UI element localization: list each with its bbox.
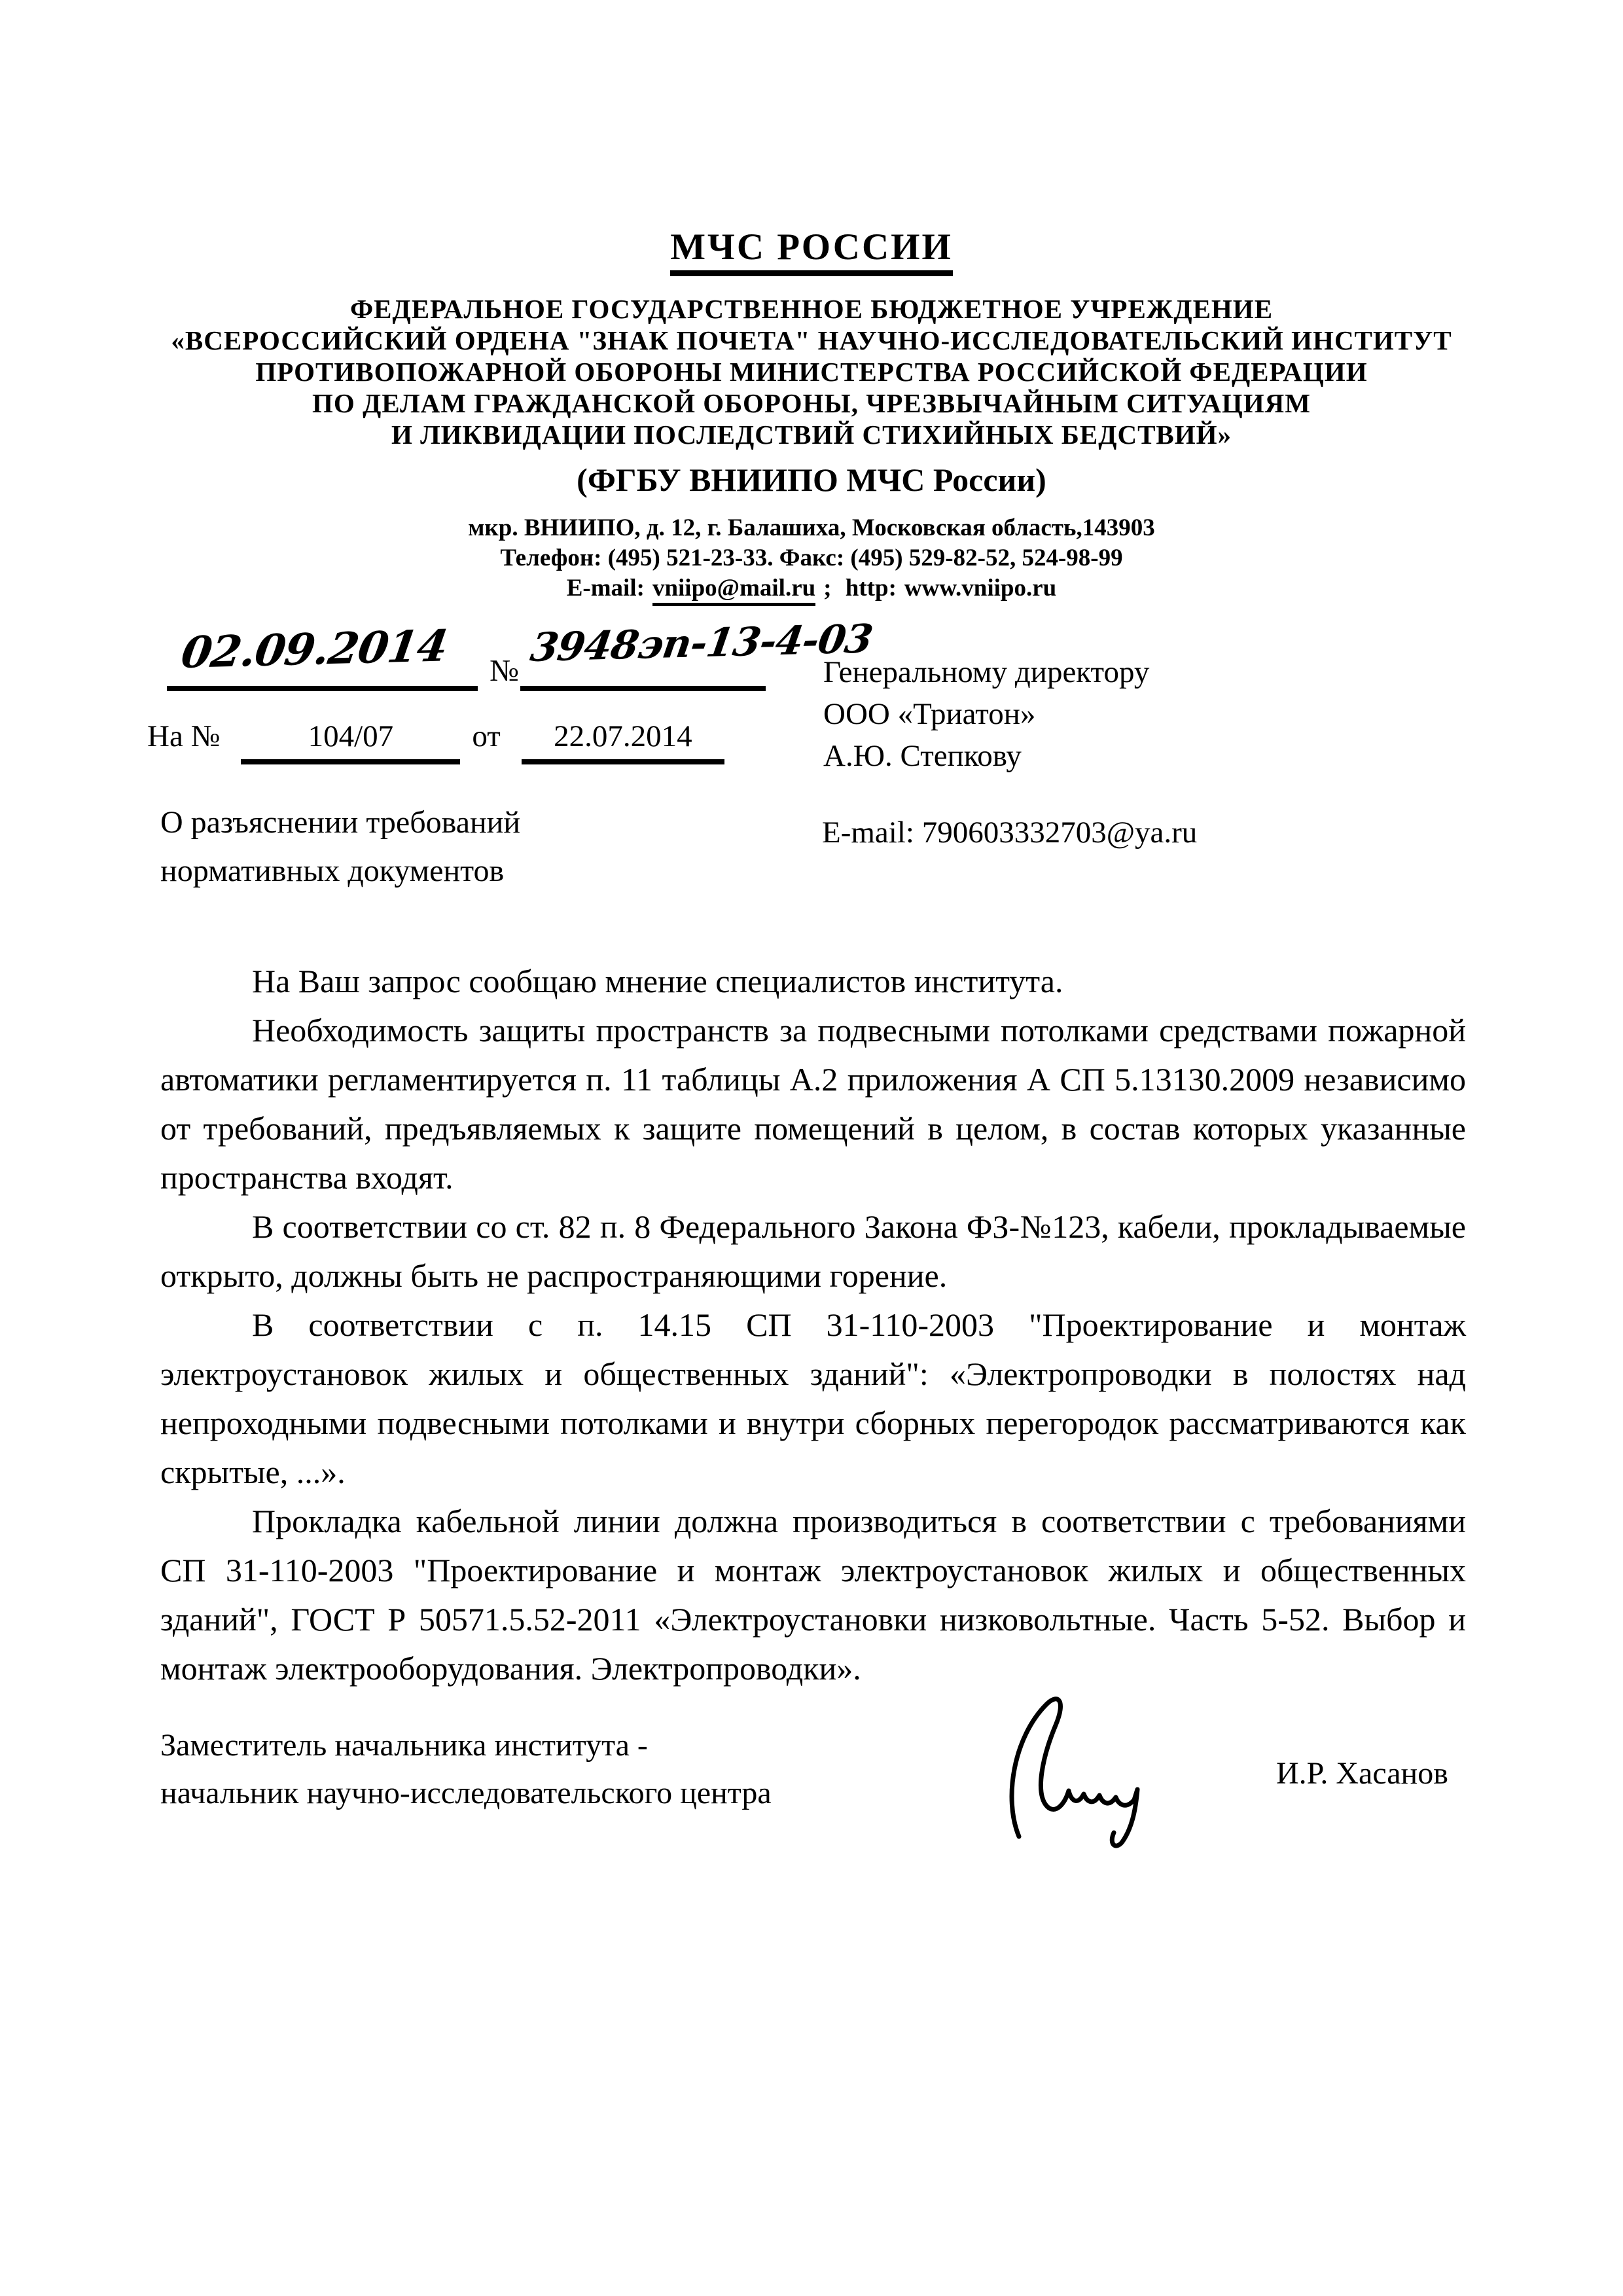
recipient-person: А.Ю. Степкову xyxy=(823,735,1149,777)
body-paragraph: Необходимость защиты пространств за подв… xyxy=(160,1006,1466,1202)
organization-full-name: ФЕДЕРАЛЬНОЕ ГОСУДАРСТВЕННОЕ БЮДЖЕТНОЕ УЧ… xyxy=(0,293,1623,450)
body-paragraph: На Ваш запрос сообщаю мнение специалисто… xyxy=(160,957,1466,1006)
outgoing-number-underline xyxy=(520,686,766,691)
organization-name-line: «ВСЕРОССИЙСКИЙ ОРДЕНА "ЗНАК ПОЧЕТА" НАУЧ… xyxy=(0,325,1623,356)
organization-name-line: И ЛИКВИДАЦИИ ПОСЛЕДСТВИЙ СТИХИЙНЫХ БЕДСТ… xyxy=(0,419,1623,450)
outgoing-date-underline xyxy=(167,686,478,691)
reply-prefix: На № xyxy=(147,719,220,753)
ministry-title: МЧС РОССИИ xyxy=(0,226,1623,268)
organization-name-line: ПО ДЕЛАМ ГРАЖДАНСКОЙ ОБОРОНЫ, ЧРЕЗВЫЧАЙН… xyxy=(0,387,1623,419)
email-label: E-mail: xyxy=(567,575,645,601)
organization-short-name: (ФГБУ ВНИИПО МЧС России) xyxy=(0,461,1623,499)
org-address: мкр. ВНИИПО, д. 12, г. Балашиха, Московс… xyxy=(0,513,1623,543)
subject-line-1: О разъяснении требований xyxy=(160,798,520,847)
signer-position: Заместитель начальника института - начал… xyxy=(160,1721,772,1817)
recipient-position: Генеральному директору xyxy=(823,651,1149,693)
reply-incoming-number: 104/07 xyxy=(241,719,460,764)
number-sign: № xyxy=(490,653,519,689)
handwritten-outgoing-date: 02.09.2014 xyxy=(178,620,451,678)
letterhead-contacts: мкр. ВНИИПО, д. 12, г. Балашиха, Московс… xyxy=(0,513,1623,603)
scanned-letter-page: МЧС РОССИИ ФЕДЕРАЛЬНОЕ ГОСУДАРСТВЕННОЕ Б… xyxy=(0,0,1623,2296)
signer-position-line-2: начальник научно-исследовательского цент… xyxy=(160,1769,772,1817)
site-label: http: xyxy=(846,575,897,601)
organization-name-line: ФЕДЕРАЛЬНОЕ ГОСУДАРСТВЕННОЕ БЮДЖЕТНОЕ УЧ… xyxy=(0,293,1623,325)
organization-name-line: ПРОТИВОПОЖАРНОЙ ОБОРОНЫ МИНИСТЕРСТВА РОС… xyxy=(0,356,1623,387)
letter-subject: О разъяснении требований нормативных док… xyxy=(160,798,520,895)
letterhead: МЧС РОССИИ ФЕДЕРАЛЬНОЕ ГОСУДАРСТВЕННОЕ Б… xyxy=(0,226,1623,603)
reply-from-label: от xyxy=(472,719,500,753)
recipient-company: ООО «Триатон» xyxy=(823,693,1149,735)
reply-reference-row: На №104/07от22.07.2014 xyxy=(147,719,736,764)
subject-line-2: нормативных документов xyxy=(160,847,520,895)
body-paragraph: В соответствии с п. 14.15 СП 31-110-2003… xyxy=(160,1300,1466,1497)
letter-body: На Ваш запрос сообщаю мнение специалисто… xyxy=(160,957,1466,1693)
email-separator: ; xyxy=(823,575,831,601)
org-email-address: vniipo@mail.ru xyxy=(652,575,815,606)
reply-incoming-date: 22.07.2014 xyxy=(522,719,724,764)
org-phone-fax: Телефон: (495) 521-23-33. Факс: (495) 52… xyxy=(0,543,1623,573)
signature-scribble xyxy=(985,1694,1188,1861)
recipient-block: Генеральному директору ООО «Триатон» А.Ю… xyxy=(823,651,1149,777)
body-paragraph: Прокладка кабельной линии должна произво… xyxy=(160,1497,1466,1693)
org-email-line: E-mail:vniipo@mail.ru; http:www.vniipo.r… xyxy=(0,573,1623,603)
signer-name: И.Р. Хасанов xyxy=(1276,1755,1448,1791)
body-paragraph: В соответствии со ст. 82 п. 8 Федерально… xyxy=(160,1202,1466,1300)
ministry-title-text: МЧС РОССИИ xyxy=(670,226,953,276)
org-website: www.vniipo.ru xyxy=(904,575,1056,601)
signer-position-line-1: Заместитель начальника института - xyxy=(160,1721,772,1769)
recipient-email: E-mail: 790603332703@ya.ru xyxy=(822,815,1197,850)
